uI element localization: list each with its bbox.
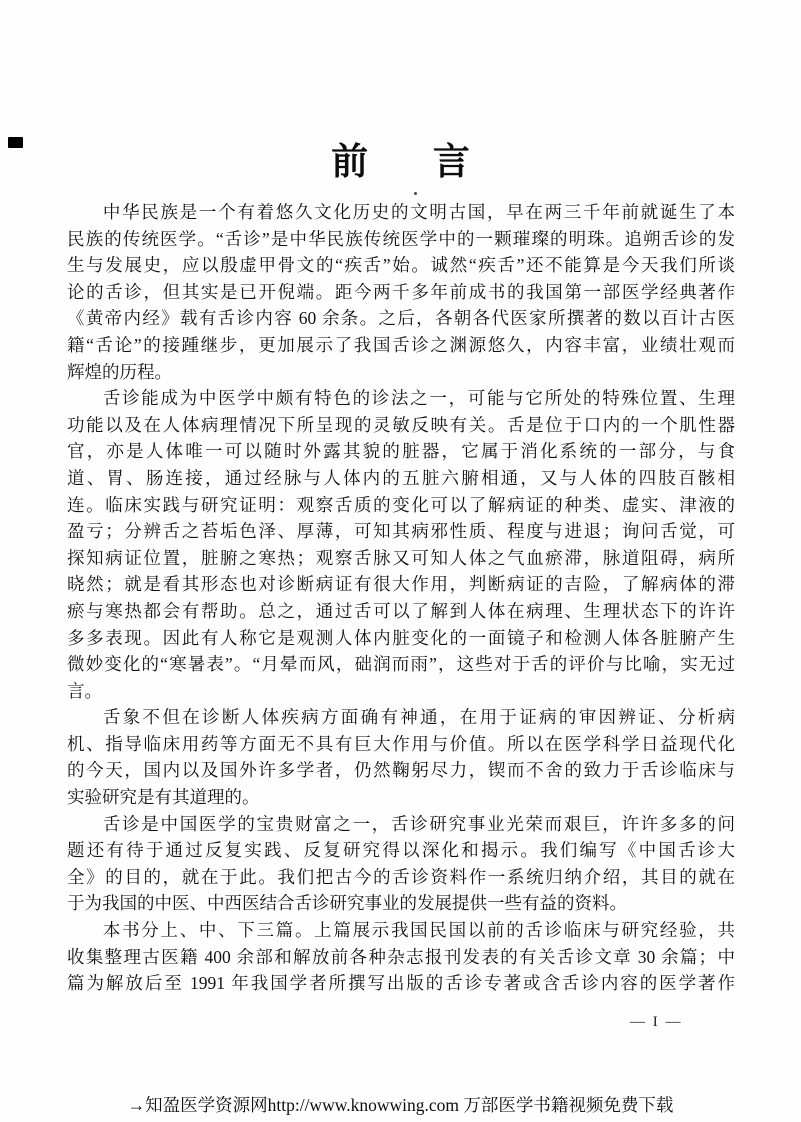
text-line: 盈亏；分辨舌之苔垢色泽、厚薄，可知其病邪性质、程度与进退；询问舌觉，可 xyxy=(67,518,735,545)
text-line: 籍“舌论”的接踵继步，更加展示了我国舌诊之渊源悠久，内容丰富，业绩壮观而 xyxy=(67,332,735,359)
text-line: 收集整理古医籍 400 余部和解放前各种杂志报刊发表的有关舌诊文章 30 余篇；… xyxy=(67,944,735,971)
text-line: 舌象不但在诊断人体疾病方面确有神通，在用于证病的审因辨证、分析病 xyxy=(67,704,735,731)
paragraph: 本书分上、中、下三篇。上篇展示我国民国以前的舌诊临床与研究经验，共收集整理古医籍… xyxy=(67,917,735,997)
text-line: 篇为解放后至 1991 年我国学者所撰写出版的舌诊专著或含舌诊内容的医学著作 xyxy=(67,970,735,997)
text-line: 探知病证位置，脏腑之寒热；观察舌脉又可知人体之气血瘀滞，脉道阻碍，病所 xyxy=(67,545,735,572)
text-line: 生与发展史，应以殷虚甲骨文的“疾舌”始。诚然“疾舌”还不能算是今天我们所谈 xyxy=(67,252,735,279)
text-line: 晓然；就是看其形态也对诊断病证有很大作用，判断病证的吉险，了解病体的滞 xyxy=(67,571,735,598)
text-line: 瘀与寒热都会有帮助。总之，通过舌可以了解到人体在病理、生理状态下的许许 xyxy=(67,598,735,625)
text-line: 言。 xyxy=(67,678,735,705)
text-line: 连。临床实践与研究证明：观察舌质的变化可以了解病证的种类、虚实、津液的 xyxy=(67,492,735,519)
text-line: 本书分上、中、下三篇。上篇展示我国民国以前的舌诊临床与研究经验，共 xyxy=(67,917,735,944)
text-line: 民族的传统医学。“舌诊”是中华民族传统医学中的一颗璀璨的明珠。追朔舌诊的发 xyxy=(67,226,735,253)
text-line: 题还有待于通过反复实践、反复研究得以深化和揭示。我们编写《中国舌诊大 xyxy=(67,837,735,864)
text-line: 舌诊能成为中医学中颇有特色的诊法之一，可能与它所处的特殊位置、生理 xyxy=(67,385,735,412)
text-line: 微妙变化的“寒暑表”。“月晕而风，础润而雨”，这些对于舌的评价与比喻，实无过 xyxy=(67,651,735,678)
scan-artifact-dot xyxy=(414,192,417,195)
paragraph: 中华民族是一个有着悠久文化历史的文明古国，早在两三千年前就诞生了本民族的传统医学… xyxy=(67,199,735,385)
book-page: 前言 中华民族是一个有着悠久文化历史的文明古国，早在两三千年前就诞生了本民族的传… xyxy=(0,0,801,1122)
text-line: 的今天，国内以及国外许多学者，仍然鞠躬尽力，锲而不舍的致力于舌诊临床与 xyxy=(67,757,735,784)
page-number: — I — xyxy=(630,1014,683,1031)
text-line: 道、胃、肠连接，通过经脉与人体内的五脏六腑相通，又与人体的四肢百骸相 xyxy=(67,465,735,492)
text-line: 于为我国的中医、中西医结合舌诊研究事业的发展提供一些有益的资料。 xyxy=(67,890,735,917)
text-line: 论的舌诊，但其实是已开倪端。距今两千多年前成书的我国第一部医学经典著作 xyxy=(67,279,735,306)
text-line: 舌诊是中国医学的宝贵财富之一，舌诊研究事业光荣而艰巨，许许多多的问 xyxy=(67,811,735,838)
text-line: 全》的目的，就在于此。我们把古今的舌诊资料作一系统归纳介绍，其目的就在 xyxy=(67,864,735,891)
text-line: 多多表现。因此有人称它是观测人体内脏变化的一面镜子和检测人体各脏腑产生 xyxy=(67,625,735,652)
page-title: 前言 xyxy=(0,131,801,185)
paragraph: 舌诊是中国医学的宝贵财富之一，舌诊研究事业光荣而艰巨，许许多多的问题还有待于通过… xyxy=(67,811,735,917)
text-line: 中华民族是一个有着悠久文化历史的文明古国，早在两三千年前就诞生了本 xyxy=(67,199,735,226)
text-line: 《黄帝内经》载有舌诊内容 60 余条。之后，各朝各代医家所撰著的数以百计古医 xyxy=(67,305,735,332)
paragraph: 舌诊能成为中医学中颇有特色的诊法之一，可能与它所处的特殊位置、生理功能以及在人体… xyxy=(67,385,735,704)
text-line: 辉煌的历程。 xyxy=(67,359,735,386)
text-line: 功能以及在人体病理情况下所呈现的灵敏反映有关。舌是位于口内的一个肌性器 xyxy=(67,412,735,439)
text-line: 实验研究是有其道理的。 xyxy=(67,784,735,811)
text-line: 机、指导临床用药等方面无不具有巨大作用与价值。所以在医学科学日益现代化 xyxy=(67,731,735,758)
paragraph: 舌象不但在诊断人体疾病方面确有神通，在用于证病的审因辨证、分析病机、指导临床用药… xyxy=(67,704,735,810)
text-line: 官，亦是人体唯一可以随时外露其貌的脏器，它属于消化系统的一部分，与食 xyxy=(67,438,735,465)
document-body: 中华民族是一个有着悠久文化历史的文明古国，早在两三千年前就诞生了本民族的传统医学… xyxy=(67,199,735,997)
footer-watermark: →知盈医学资源网http://www.knowwing.com 万部医学书籍视频… xyxy=(0,1092,801,1117)
